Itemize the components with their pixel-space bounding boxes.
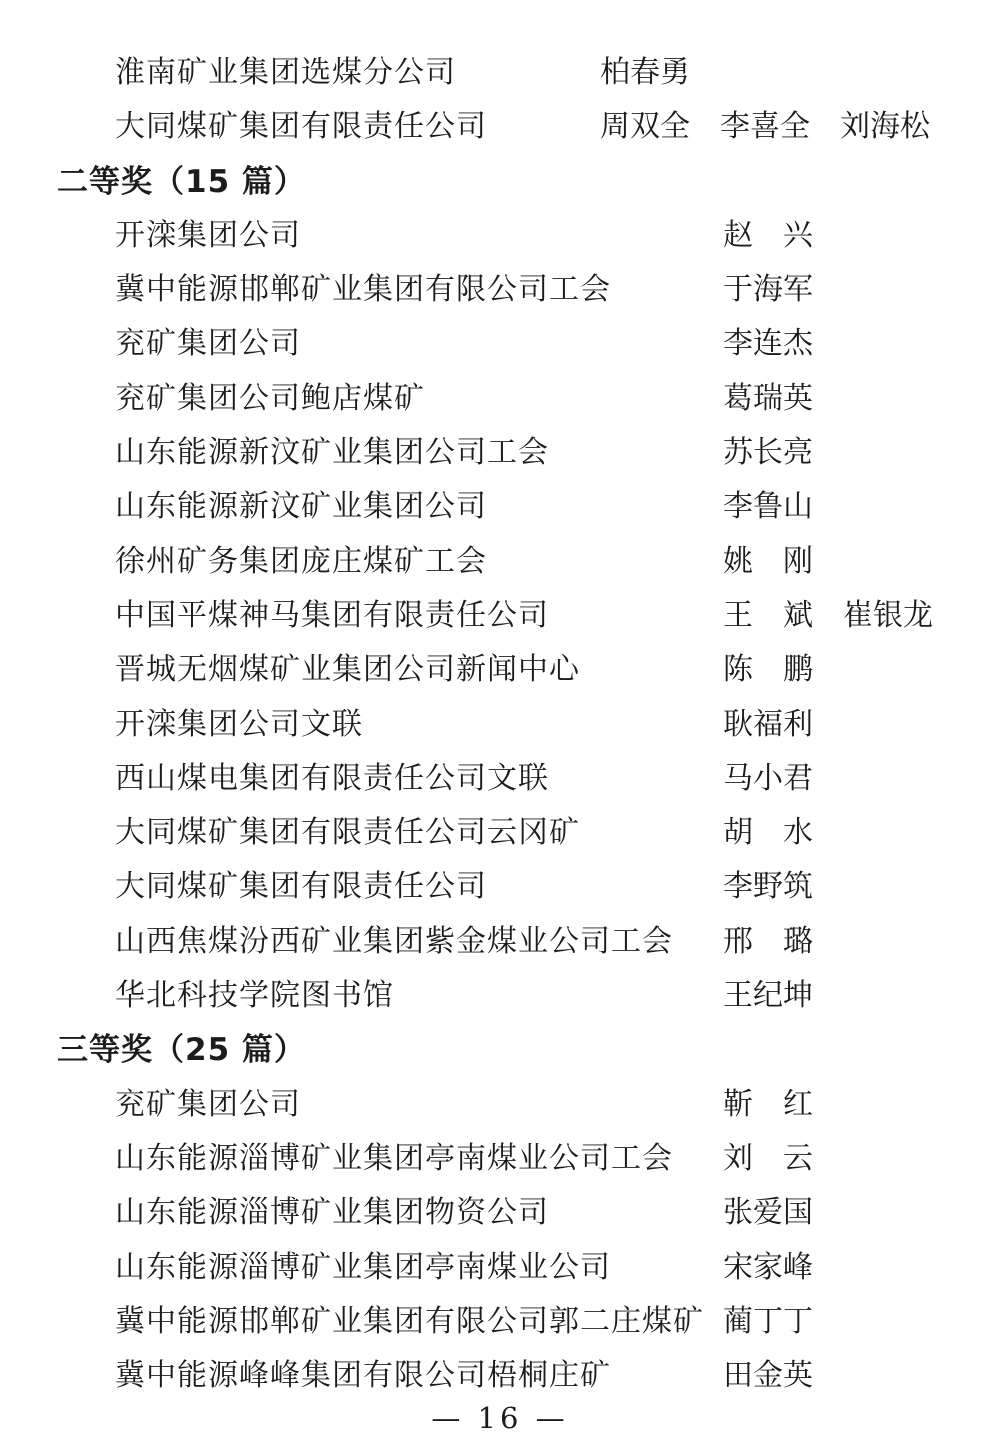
award-entry-row: 中国平煤神马集团有限责任公司 王 斌 崔银龙	[0, 589, 1000, 643]
winner-names: 王纪坤	[723, 969, 813, 1023]
winner-name: 王 斌	[723, 589, 813, 643]
org-name: 晋城无烟煤矿业集团公司新闻中心	[115, 643, 580, 697]
winner-name: 刘海松	[840, 100, 930, 154]
winner-name: 蔺丁丁	[723, 1295, 813, 1349]
winner-name: 周双全	[600, 100, 690, 154]
winner-name: 李鲁山	[723, 480, 813, 534]
winner-name: 田金英	[723, 1349, 813, 1403]
org-name: 华北科技学院图书馆	[115, 969, 394, 1023]
org-name: 冀中能源邯郸矿业集团有限公司工会	[115, 263, 611, 317]
document-page: 淮南矿业集团选煤分公司 柏春勇 大同煤矿集团有限责任公司 周双全 李喜全 刘海松…	[0, 0, 1000, 1448]
org-name: 山东能源新汶矿业集团公司	[115, 480, 487, 534]
winner-names: 邢 璐	[723, 915, 813, 969]
award-entry-row: 大同煤矿集团有限责任公司云冈矿 胡 水	[0, 806, 1000, 860]
winner-name: 靳 红	[723, 1078, 813, 1132]
winner-name: 苏长亮	[723, 426, 813, 480]
winner-name: 张爱国	[723, 1186, 813, 1240]
org-name: 冀中能源邯郸矿业集团有限公司郭二庄煤矿	[115, 1295, 704, 1349]
org-name: 兖矿集团公司	[115, 317, 301, 371]
org-name: 中国平煤神马集团有限责任公司	[115, 589, 549, 643]
org-name: 大同煤矿集团有限责任公司	[115, 100, 487, 154]
org-name: 开滦集团公司	[115, 209, 301, 263]
org-name: 山东能源淄博矿业集团物资公司	[115, 1186, 549, 1240]
section-title-second-prize: 二等奖（15 篇）	[0, 155, 1000, 209]
section-title-third-prize: 三等奖（25 篇）	[0, 1023, 1000, 1077]
winner-names: 田金英	[723, 1349, 813, 1403]
winner-name: 姚 刚	[723, 535, 813, 589]
winner-name: 耿福利	[723, 698, 813, 752]
org-name: 山东能源新汶矿业集团公司工会	[115, 426, 549, 480]
winner-names: 王 斌 崔银龙	[723, 589, 933, 643]
org-name: 兖矿集团公司鲍店煤矿	[115, 372, 425, 426]
org-name: 开滦集团公司文联	[115, 698, 363, 752]
org-name: 山东能源淄博矿业集团亭南煤业公司	[115, 1241, 611, 1295]
winner-names: 陈 鹏	[723, 643, 813, 697]
award-entry-row: 西山煤电集团有限责任公司文联 马小君	[0, 752, 1000, 806]
award-entry-row: 山东能源淄博矿业集团物资公司 张爱国	[0, 1186, 1000, 1240]
winner-names: 柏春勇	[600, 46, 690, 100]
winner-names: 周双全 李喜全 刘海松	[600, 100, 930, 154]
award-entry-row: 山东能源淄博矿业集团亭南煤业公司 宋家峰	[0, 1241, 1000, 1295]
winner-name: 葛瑞英	[723, 372, 813, 426]
award-entry-row: 徐州矿务集团庞庄煤矿工会 姚 刚	[0, 535, 1000, 589]
award-entry-row: 山东能源新汶矿业集团公司工会 苏长亮	[0, 426, 1000, 480]
award-entry-row: 华北科技学院图书馆 王纪坤	[0, 969, 1000, 1023]
org-name: 山东能源淄博矿业集团亭南煤业公司工会	[115, 1132, 673, 1186]
award-entry-row: 冀中能源邯郸矿业集团有限公司工会 于海军	[0, 263, 1000, 317]
winner-name: 王纪坤	[723, 969, 813, 1023]
winner-names: 于海军	[723, 263, 813, 317]
winner-names: 耿福利	[723, 698, 813, 752]
winner-names: 李鲁山	[723, 480, 813, 534]
award-entry-row: 开滦集团公司 赵 兴	[0, 209, 1000, 263]
award-entry-row: 大同煤矿集团有限责任公司 周双全 李喜全 刘海松	[0, 100, 1000, 154]
winner-name: 李连杰	[723, 317, 813, 371]
winner-names: 宋家峰	[723, 1241, 813, 1295]
award-entry-row: 冀中能源峰峰集团有限公司梧桐庄矿 田金英	[0, 1349, 1000, 1403]
winner-name: 李喜全	[720, 100, 810, 154]
award-entry-row: 开滦集团公司文联 耿福利	[0, 698, 1000, 752]
winner-name: 于海军	[723, 263, 813, 317]
award-entry-row: 晋城无烟煤矿业集团公司新闻中心 陈 鹏	[0, 643, 1000, 697]
winner-names: 马小君	[723, 752, 813, 806]
winner-names: 苏长亮	[723, 426, 813, 480]
winner-name: 宋家峰	[723, 1241, 813, 1295]
award-list: 淮南矿业集团选煤分公司 柏春勇 大同煤矿集团有限责任公司 周双全 李喜全 刘海松…	[0, 46, 1000, 1403]
award-entry-row: 兖矿集团公司 李连杰	[0, 317, 1000, 371]
section-title: 三等奖（25 篇）	[57, 1023, 306, 1077]
page-number: — 16 —	[0, 1398, 1000, 1438]
winner-name: 李野筑	[723, 860, 813, 914]
winner-names: 蔺丁丁	[723, 1295, 813, 1349]
winner-names: 赵 兴	[723, 209, 813, 263]
winner-names: 李野筑	[723, 860, 813, 914]
winner-names: 靳 红	[723, 1078, 813, 1132]
award-entry-row: 山东能源新汶矿业集团公司 李鲁山	[0, 480, 1000, 534]
winner-name: 刘 云	[723, 1132, 813, 1186]
award-entry-row: 兖矿集团公司鲍店煤矿 葛瑞英	[0, 372, 1000, 426]
winner-name: 马小君	[723, 752, 813, 806]
winner-name: 邢 璐	[723, 915, 813, 969]
award-entry-row: 大同煤矿集团有限责任公司 李野筑	[0, 860, 1000, 914]
winner-names: 刘 云	[723, 1132, 813, 1186]
winner-name: 赵 兴	[723, 209, 813, 263]
winner-names: 张爱国	[723, 1186, 813, 1240]
award-entry-row: 淮南矿业集团选煤分公司 柏春勇	[0, 46, 1000, 100]
winner-name: 崔银龙	[843, 589, 933, 643]
org-name: 山西焦煤汾西矿业集团紫金煤业公司工会	[115, 915, 673, 969]
org-name: 大同煤矿集团有限责任公司云冈矿	[115, 806, 580, 860]
winner-name: 胡 水	[723, 806, 813, 860]
award-entry-row: 山西焦煤汾西矿业集团紫金煤业公司工会 邢 璐	[0, 915, 1000, 969]
org-name: 西山煤电集团有限责任公司文联	[115, 752, 549, 806]
org-name: 大同煤矿集团有限责任公司	[115, 860, 487, 914]
award-entry-row: 冀中能源邯郸矿业集团有限公司郭二庄煤矿 蔺丁丁	[0, 1295, 1000, 1349]
org-name: 淮南矿业集团选煤分公司	[115, 46, 456, 100]
winner-names: 胡 水	[723, 806, 813, 860]
award-entry-row: 山东能源淄博矿业集团亭南煤业公司工会 刘 云	[0, 1132, 1000, 1186]
org-name: 冀中能源峰峰集团有限公司梧桐庄矿	[115, 1349, 611, 1403]
org-name: 徐州矿务集团庞庄煤矿工会	[115, 535, 487, 589]
org-name: 兖矿集团公司	[115, 1078, 301, 1132]
winner-names: 葛瑞英	[723, 372, 813, 426]
winner-name: 陈 鹏	[723, 643, 813, 697]
winner-name: 柏春勇	[600, 46, 690, 100]
section-title: 二等奖（15 篇）	[57, 155, 306, 209]
winner-names: 李连杰	[723, 317, 813, 371]
winner-names: 姚 刚	[723, 535, 813, 589]
award-entry-row: 兖矿集团公司 靳 红	[0, 1078, 1000, 1132]
